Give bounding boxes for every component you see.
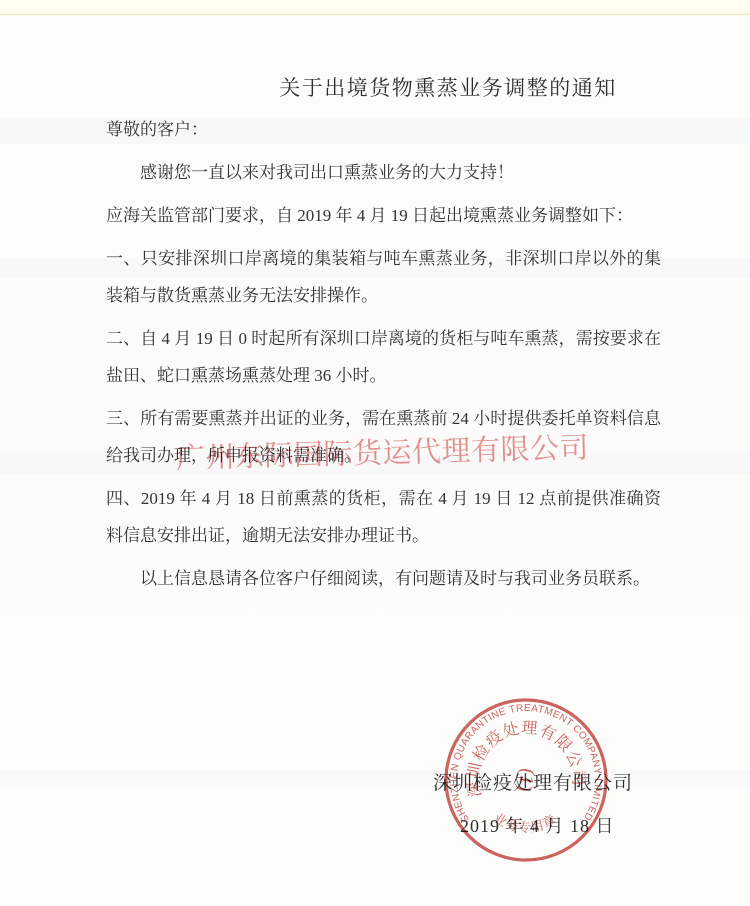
scan-streak bbox=[0, 770, 750, 788]
notice-closing: 以上信息恳请各位客户仔细阅读，有问题请及时与我司业务员联系。 bbox=[106, 560, 661, 597]
notice-paragraph-intro: 应海关监管部门要求，自 2019 年 4 月 19 日起出境熏蒸业务调整如下： bbox=[106, 197, 661, 234]
seal-english-ring-text: SHENZHEN QUARANTINE TREATMENT COMPANY LI… bbox=[449, 703, 603, 824]
scan-edge-artifact bbox=[0, 0, 750, 15]
notice-item-3: 三、所有需要熏蒸并出证的业务，需在熏蒸前 24 小时提供委托单资料信息给我司办理… bbox=[106, 400, 661, 474]
notice-body: 尊敬的客户： 感谢您一直以来对我司出口熏蒸业务的大力支持！ 应海关监管部门要求，… bbox=[106, 111, 661, 603]
salutation: 尊敬的客户： bbox=[106, 111, 661, 148]
notice-item-4: 四、2019 年 4 月 18 日前熏蒸的货柜，需在 4 月 19 日 12 点… bbox=[106, 480, 661, 554]
signature-date: 2019 年 4 月 18 日 bbox=[460, 812, 615, 838]
scanned-notice-page: 关于出境货物熏蒸业务调整的通知 尊敬的客户： 感谢您一直以来对我司出口熏蒸业务的… bbox=[0, 0, 750, 906]
notice-paragraph-thanks: 感谢您一直以来对我司出口熏蒸业务的大力支持！ bbox=[106, 154, 661, 191]
notice-item-1: 一、只安排深圳口岸离境的集装箱与吨车熏蒸业务，非深圳口岸以外的集装箱与散货熏蒸业… bbox=[106, 240, 661, 314]
signature-company: 深圳检疫处理有限公司 bbox=[433, 768, 633, 795]
notice-title: 关于出境货物熏蒸业务调整的通知 bbox=[0, 72, 750, 102]
notice-item-2: 二、自 4 月 19 日 0 时起所有深圳口岸离境的货柜与吨车熏蒸，需按要求在盐… bbox=[106, 320, 661, 394]
